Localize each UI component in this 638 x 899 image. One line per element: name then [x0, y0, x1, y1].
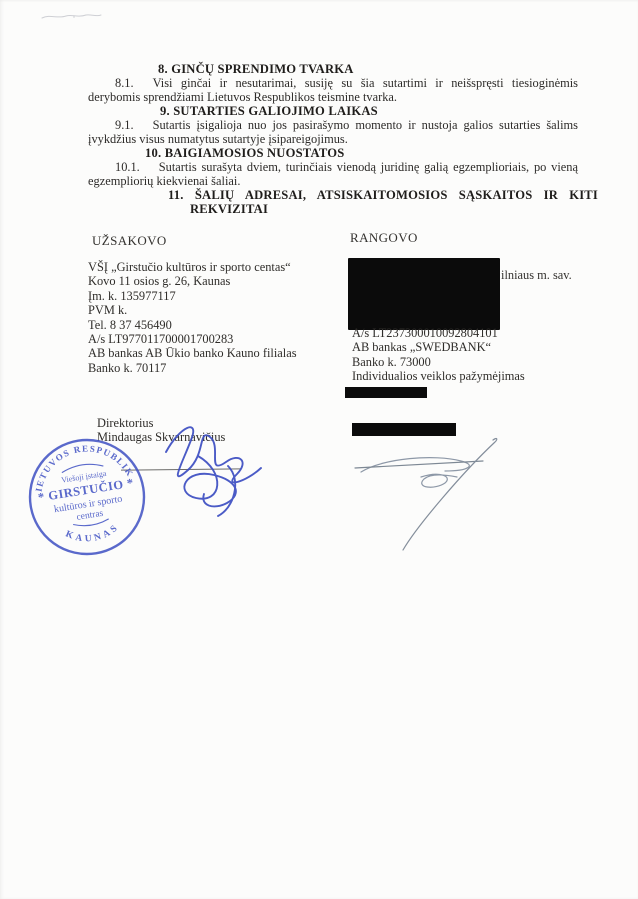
contractor-certificate-number-redacted	[345, 387, 427, 398]
contractor-account: A/s LT237300010092804101	[352, 326, 525, 340]
clause-9-1-text: Sutartis įsigalioja nuo jos pasirašymo m…	[88, 118, 578, 146]
contractor-bank-code: Banko k. 73000	[352, 355, 525, 369]
contractor-role-label: RANGOVO	[350, 230, 418, 246]
contract-body: 8. GINČŲ SPRENDIMO TVARKA 8.1.Visi ginča…	[88, 62, 578, 216]
clause-10-1-number: 10.1.	[115, 160, 159, 174]
clause-9-1-number: 9.1.	[115, 118, 153, 132]
contractor-signature-ink	[345, 430, 520, 555]
clause-10-1-text: Sutartis surašyta dviem, turinčiais vien…	[88, 160, 578, 188]
customer-vat-code: PVM k.	[88, 303, 297, 317]
contractor-certificate: Individualios veiklos pažymėjimas	[352, 369, 525, 383]
customer-bank-code: Banko k. 70117	[88, 361, 297, 375]
clause-8-1: 8.1.Visi ginčai ir nesutarimai, susiję s…	[88, 76, 578, 104]
clause-10-1: 10.1.Sutartis surašyta dviem, turinčiais…	[88, 160, 578, 188]
section-11-heading: 11. ŠALIŲ ADRESAI, ATSISKAITOMOSIOS SĄSK…	[168, 188, 598, 216]
scan-smudge-mark	[38, 8, 108, 26]
customer-address: Kovo 11 osios g. 26, Kaunas	[88, 274, 297, 288]
clause-9-1: 9.1.Sutartis įsigalioja nuo jos pasirašy…	[88, 118, 578, 146]
scanned-contract-page: 8. GINČŲ SPRENDIMO TVARKA 8.1.Visi ginča…	[0, 0, 638, 899]
customer-bank: AB bankas AB Ūkio banko Kauno filialas	[88, 346, 297, 360]
contractor-bank: AB bankas „SWEDBANK“	[352, 340, 525, 354]
clause-8-1-text: Visi ginčai ir nesutarimai, susiję su ši…	[88, 76, 578, 104]
section-8-heading: 8. GINČŲ SPRENDIMO TVARKA	[158, 62, 578, 76]
customer-account: A/s LT977011700001700283	[88, 332, 297, 346]
customer-company-code: Įm. k. 135977117	[88, 289, 297, 303]
contractor-redacted-block	[348, 258, 500, 330]
section-10-heading: 10. BAIGIAMOSIOS NUOSTATOS	[145, 146, 578, 160]
customer-name: VŠĮ „Girstučio kultūros ir sporto centas…	[88, 260, 297, 274]
clause-8-1-number: 8.1.	[115, 76, 153, 90]
section-9-heading: 9. SUTARTIES GALIOJIMO LAIKAS	[160, 104, 578, 118]
customer-role-label: UŽSAKOVO	[92, 233, 167, 249]
customer-requisites: VŠĮ „Girstučio kultūros ir sporto centas…	[88, 260, 297, 375]
customer-phone: Tel. 8 37 456490	[88, 318, 297, 332]
contractor-requisites: A/s LT237300010092804101 AB bankas „SWED…	[352, 326, 525, 384]
contractor-municipality-partial: ilniaus m. sav.	[501, 268, 572, 283]
institution-stamp: LIETUVOS RESPUBLIKA KAUNAS Viešoji įstai…	[6, 416, 168, 578]
contractor-signer-name-redacted	[352, 423, 456, 436]
